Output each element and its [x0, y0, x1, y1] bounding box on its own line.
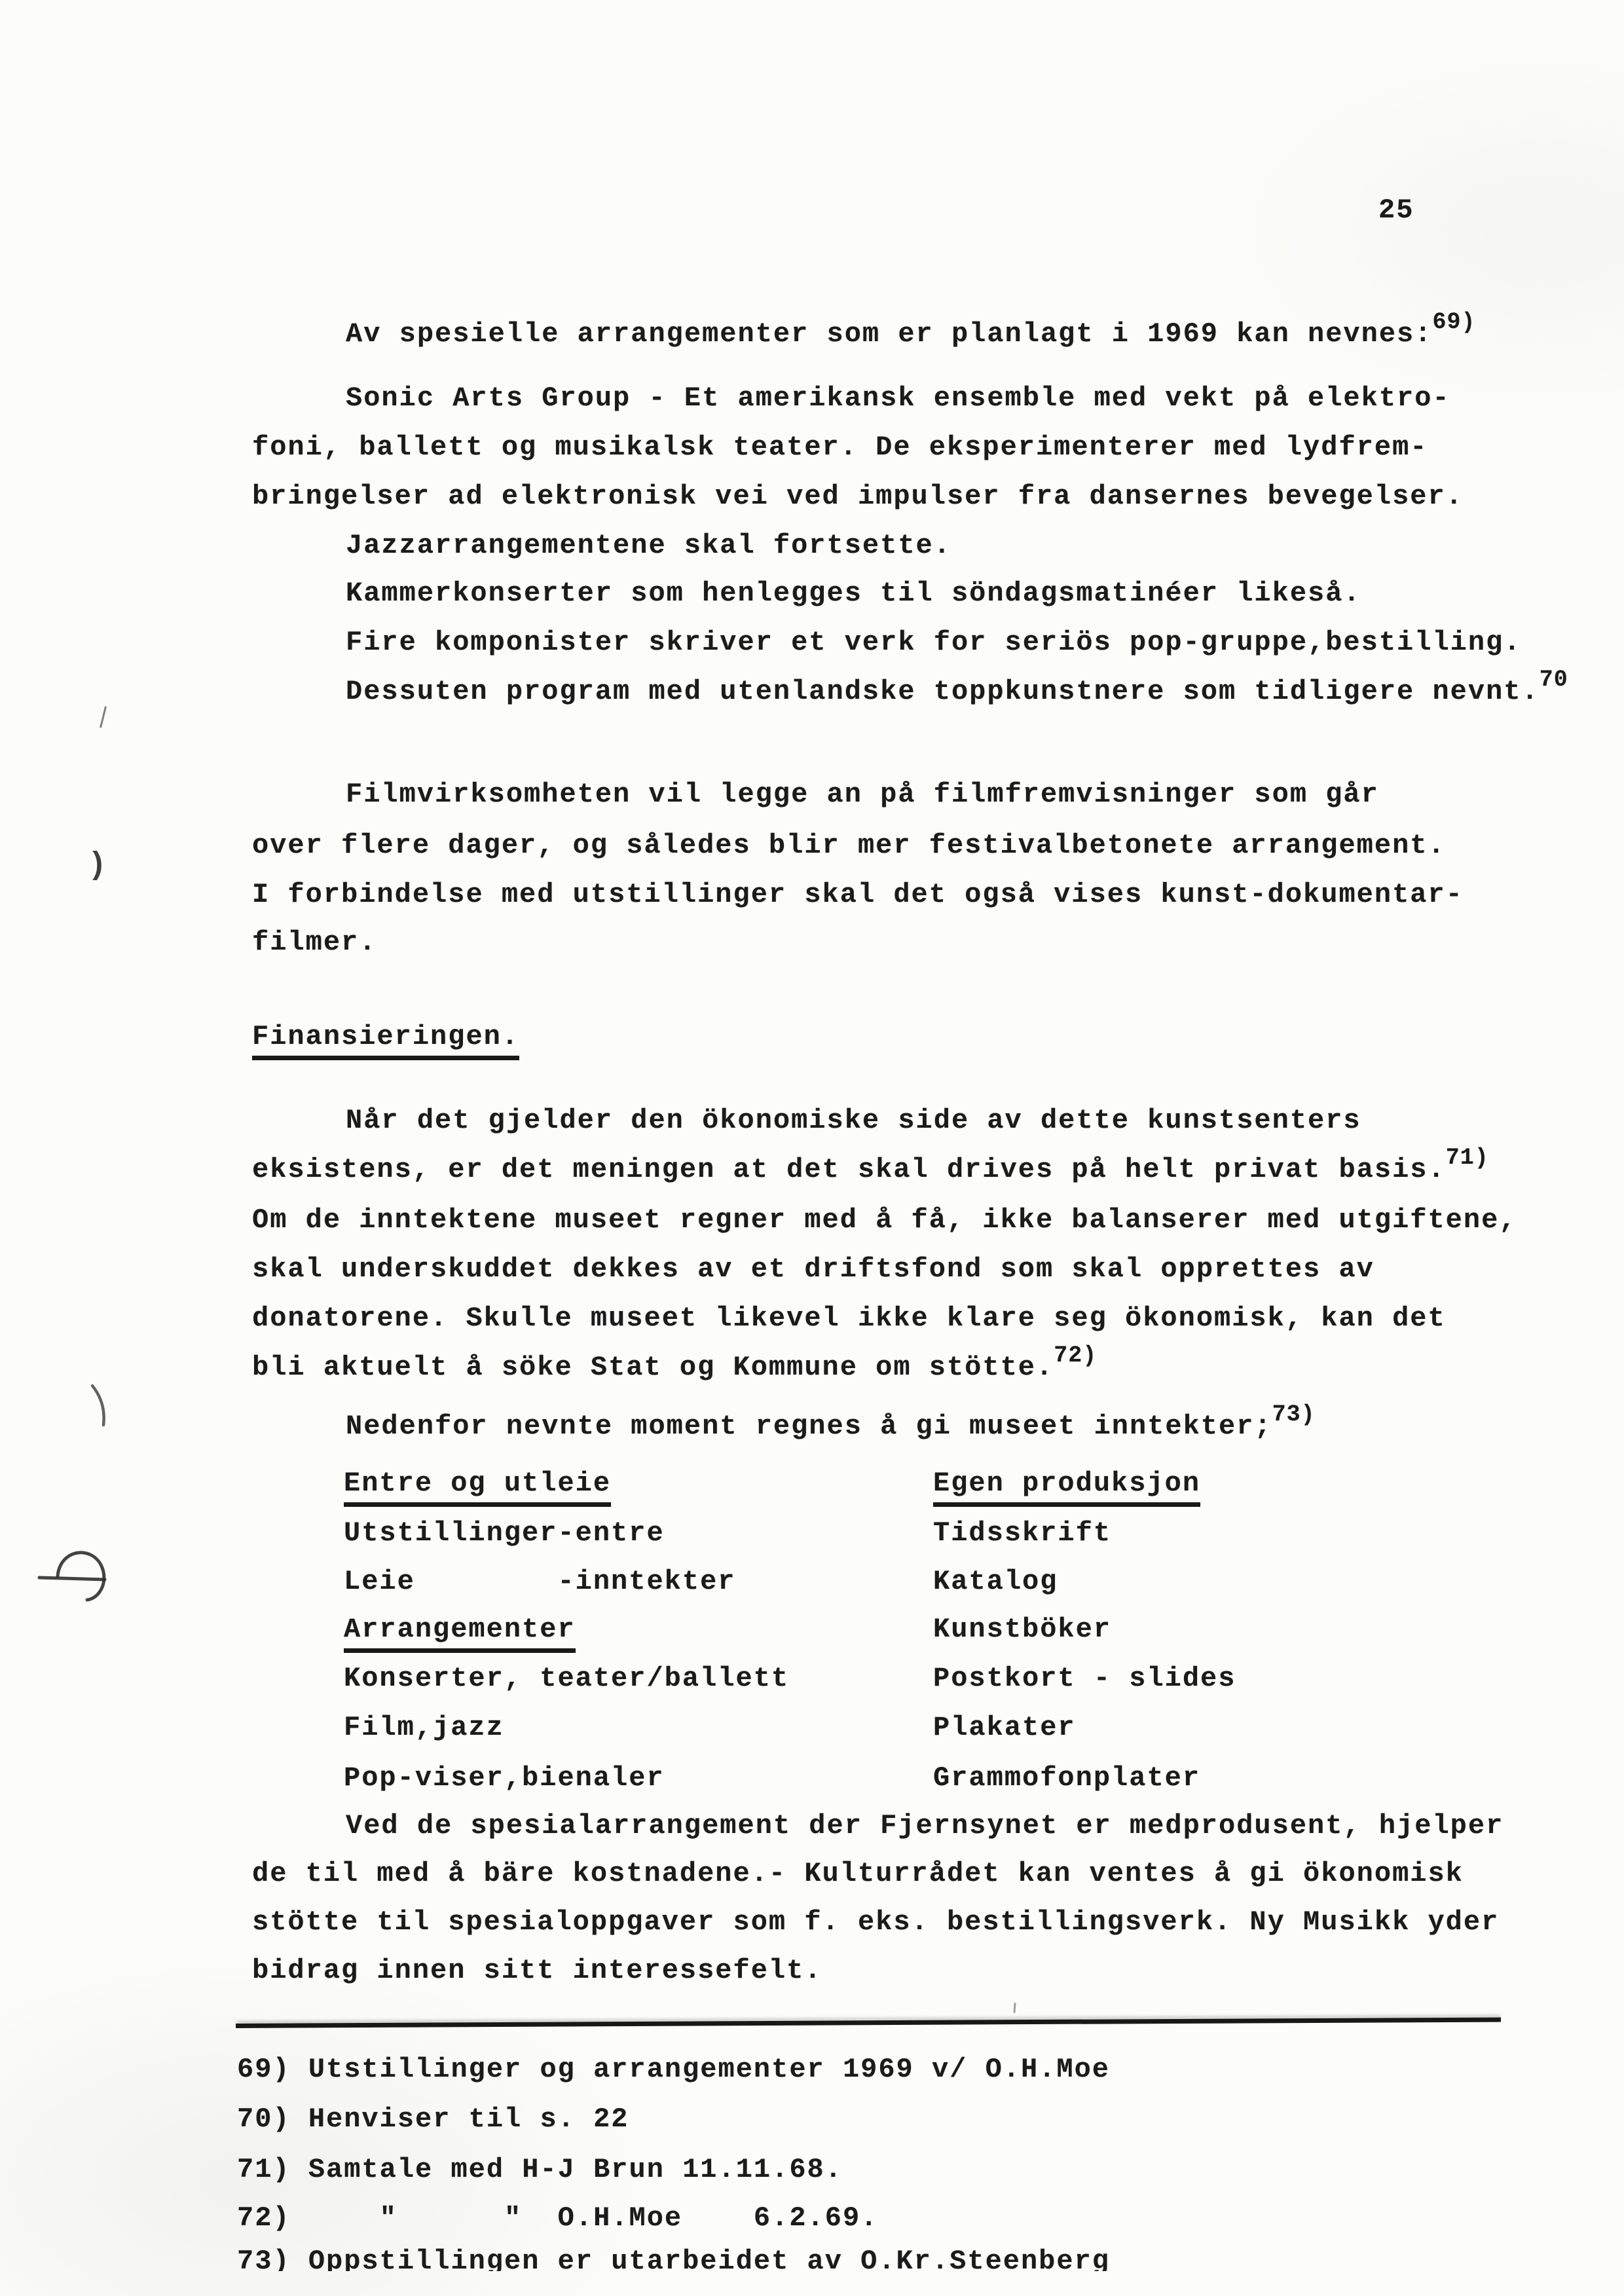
handwritten-circle-mark [33, 1540, 124, 1612]
stray-tick-mark [1013, 2003, 1016, 2013]
margin-paren-mark: ) [88, 848, 107, 883]
footnote-line-clipped: 73) Oppstillingen er utarbeidet av O.Kr.… [237, 2246, 1110, 2271]
line-text: Dessuten program med utenlandske toppkun… [346, 676, 1540, 707]
table-cell: Film,jazz [344, 1713, 504, 1743]
footnote-line: 69) Utstillinger og arrangementer 1969 v… [237, 2054, 1110, 2084]
table-cell: Katalog [933, 1566, 1058, 1597]
page-number: 25 [1378, 195, 1414, 225]
footnote-ref: 71) [1446, 1145, 1489, 1171]
body-line: I forbindelse med utstillinger skal det … [252, 880, 1464, 910]
line-text: 73) Oppstillingen er utarbeidet av O.Kr.… [237, 2246, 1110, 2271]
body-line: Når det gjelder den ökonomiske side av d… [346, 1105, 1361, 1136]
cell-text: Arrangementer [344, 1614, 576, 1653]
body-line: filmer. [252, 927, 377, 957]
footnote-separator-line [236, 2018, 1501, 2028]
body-line: bringelser ad elektronisk vei ved impuls… [252, 481, 1464, 511]
footnote-ref: 73) [1272, 1401, 1316, 1428]
margin-stroke-mark [89, 1383, 111, 1429]
table-col1-header: Entre og utleie [344, 1468, 611, 1507]
margin-tick-mark [100, 706, 107, 728]
footnote-ref: 69) [1432, 309, 1475, 335]
body-line: bli aktuelt å söke Stat og Kommune om st… [252, 1352, 1097, 1384]
table-cell: Utstillinger-entre [344, 1518, 665, 1548]
line-text: Av spesielle arrangementer som er planla… [346, 318, 1432, 350]
section-heading: Finansieringen. [252, 1022, 519, 1060]
header-text: Egen produksjon [933, 1468, 1200, 1507]
table-cell: Plakater [933, 1713, 1076, 1743]
body-line: Fire komponister skriver et verk for ser… [346, 627, 1521, 657]
body-line: bidrag innen sitt interessefelt. [252, 1955, 822, 1986]
table-cell: Grammofonplater [933, 1763, 1200, 1793]
line-text: bli aktuelt å söke Stat og Kommune om st… [252, 1352, 1054, 1383]
body-line: eksistens, er det meningen at det skal d… [252, 1155, 1489, 1186]
body-line: de til med å bäre kostnadene.- Kulturråd… [252, 1859, 1464, 1889]
footnote-line: 70) Henviser til s. 22 [237, 2104, 629, 2134]
footnote-ref: 70 [1540, 667, 1568, 693]
table-cell: Leie -inntekter [344, 1566, 736, 1597]
body-line: Filmvirksomheten vil legge an på filmfre… [346, 779, 1379, 809]
table-cell: Kunstböker [933, 1614, 1111, 1644]
header-text: Entre og utleie [344, 1468, 611, 1507]
body-line: Ved de spesialarrangement der Fjernsynet… [346, 1811, 1504, 1841]
body-line: donatorene. Skulle museet likevel ikke k… [252, 1303, 1446, 1333]
body-line: Av spesielle arrangementer som er planla… [346, 319, 1475, 350]
body-line: Kammerkonserter som henlegges til söndag… [346, 578, 1361, 608]
footnote-line: 71) Samtale med H-J Brun 11.11.68. [237, 2155, 843, 2185]
table-cell: Pop-viser,bienaler [344, 1763, 665, 1793]
table-col2-header: Egen produksjon [933, 1468, 1200, 1507]
footnote-line: 72) " " O.H.Moe 6.2.69. [237, 2203, 878, 2233]
line-text: eksistens, er det meningen at det skal d… [252, 1154, 1446, 1185]
body-line: over flere dager, og således blir mer fe… [252, 830, 1446, 861]
body-line: foni, ballett og musikalsk teater. De ek… [252, 432, 1428, 462]
body-line: stötte til spesialoppgaver som f. eks. b… [252, 1907, 1499, 1937]
heading-text: Finansieringen. [252, 1022, 519, 1060]
body-line: Jazzarrangementene skal fortsette. [346, 530, 951, 561]
body-line: skal underskuddet dekkes av et driftsfon… [252, 1254, 1375, 1284]
table-cell: Tidsskrift [933, 1518, 1111, 1548]
table-cell: Konserter, teater/ballett [344, 1663, 789, 1694]
table-cell: Arrangementer [344, 1614, 576, 1653]
line-text: Nedenfor nevnte moment regnes å gi musee… [346, 1411, 1272, 1442]
footnote-ref: 72) [1054, 1342, 1097, 1369]
body-line: Nedenfor nevnte moment regnes å gi musee… [346, 1411, 1316, 1443]
scanned-document-page: 25 Av spesielle arrangementer som er pla… [0, 0, 1624, 2296]
body-line: Om de inntektene museet regner med å få,… [252, 1205, 1517, 1235]
body-line: Dessuten program med utenlandske toppkun… [346, 676, 1568, 708]
body-line: Sonic Arts Group - Et amerikansk ensembl… [346, 383, 1450, 413]
table-cell: Postkort - slides [933, 1663, 1236, 1694]
